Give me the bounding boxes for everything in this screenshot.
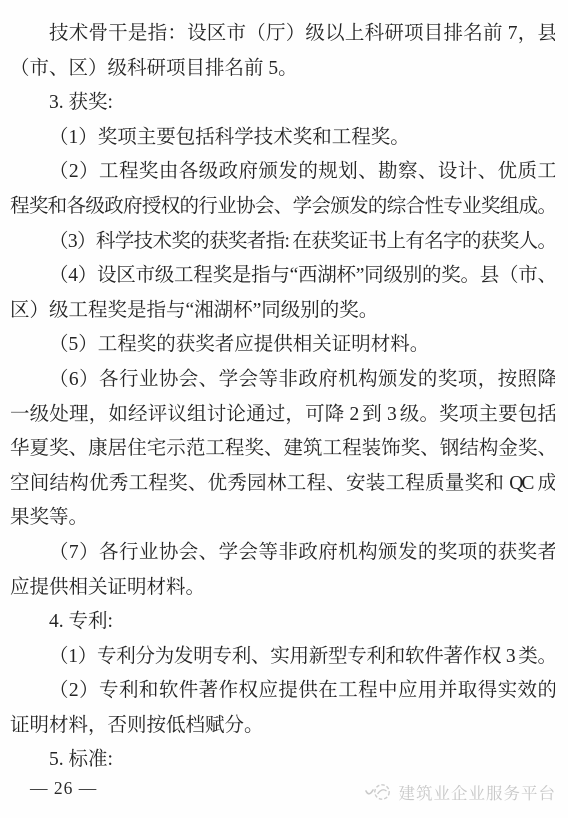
paragraph-line: （4）设区市级工程奖是指与“西湖杯”同级别的奖。县（市、: [10, 259, 555, 294]
watermark-label: 建筑业企业服务平台: [399, 780, 557, 804]
list-item-heading: 4. 专利:: [10, 605, 555, 640]
list-item-heading: 5. 标准:: [10, 743, 555, 778]
paragraph-line: 应提供相关证明材料。: [10, 571, 555, 606]
paragraph-line: 技术骨干是指：设区市（厅）级以上科研项目排名前 7，县: [10, 17, 555, 52]
platform-watermark: 建筑业企业服务平台: [365, 780, 557, 804]
paragraph-line: 一级处理，如经评议组讨论通过，可降 2 到 3 级。奖项主要包括: [10, 398, 555, 433]
document-page: 技术骨干是指：设区市（厅）级以上科研项目排名前 7，县 （市、区）级科研项目排名…: [0, 0, 568, 818]
paragraph-line: （6）各行业协会、学会等非政府机构颁发的奖项，按照降: [10, 363, 555, 398]
paragraph-line: （5）工程奖的获奖者应提供相关证明材料。: [10, 328, 555, 363]
paragraph-line: （2）工程奖由各级政府颁发的规划、勘察、设计、优质工: [10, 155, 555, 190]
paragraph-line: （2）专利和软件著作权应提供在工程中应用并取得实效的: [10, 674, 555, 709]
paragraph-line: （1）奖项主要包括科学技术奖和工程奖。: [10, 121, 555, 156]
page-number: — 26 —: [30, 778, 97, 799]
platform-logo-icon: [365, 782, 393, 802]
paragraph-line: 证明材料，否则按低档赋分。: [10, 709, 555, 744]
paragraph-line: 区）级工程奖是指与“湘湖杯”同级别的奖。: [10, 294, 555, 329]
paragraph-line: （3）科学技术奖的获奖者指: 在获奖证书上有名字的获奖人。: [10, 225, 555, 260]
paragraph-line: 空间结构优秀工程奖、优秀园林工程、安装工程质量奖和 QC 成: [10, 467, 555, 502]
paragraph-line: 程奖和各级政府授权的行业协会、学会颁发的综合性专业奖组成。: [10, 190, 555, 225]
paragraph-line: 华夏奖、康居住宅示范工程奖、建筑工程装饰奖、钢结构金奖、: [10, 432, 555, 467]
document-body: 技术骨干是指：设区市（厅）级以上科研项目排名前 7，县 （市、区）级科研项目排名…: [10, 17, 555, 778]
list-item-heading: 3. 获奖:: [10, 86, 555, 121]
paragraph-line: （7）各行业协会、学会等非政府机构颁发的奖项的获奖者: [10, 536, 555, 571]
page-footer: — 26 — 建筑业企业服务平台: [0, 778, 568, 808]
paragraph-line: 果奖等。: [10, 501, 555, 536]
paragraph-line: （1）专利分为发明专利、实用新型专利和软件著作权 3 类。: [10, 640, 555, 675]
paragraph-line: （市、区）级科研项目排名前 5。: [10, 52, 555, 87]
